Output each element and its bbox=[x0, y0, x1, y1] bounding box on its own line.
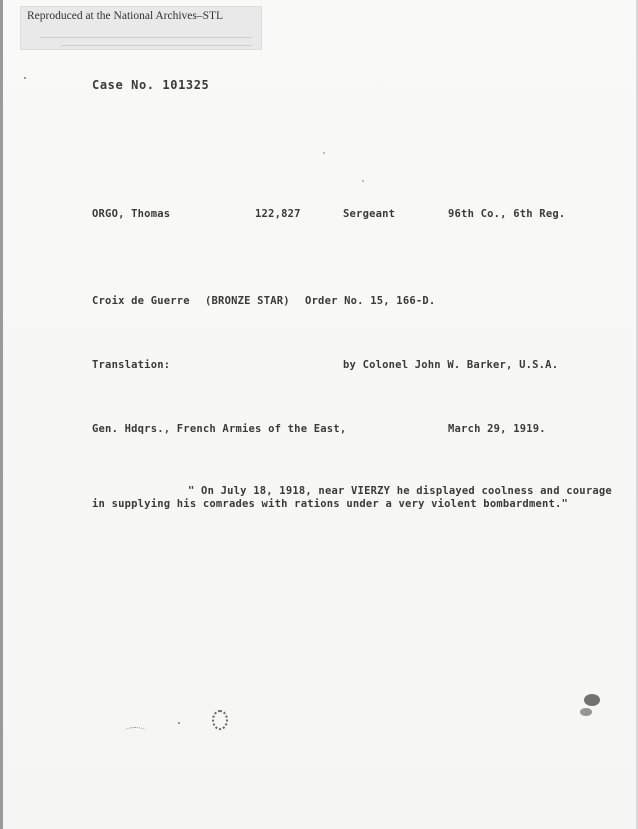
citation-line-2: in supplying his comrades with rations u… bbox=[92, 498, 568, 510]
archives-stamp-text: Reproduced at the National Archives–STL bbox=[27, 10, 223, 22]
record-service-number: 122,827 bbox=[255, 208, 301, 220]
award-class: (BRONZE STAR) bbox=[205, 295, 290, 307]
record-unit: 96th Co., 6th Reg. bbox=[448, 208, 565, 220]
scan-speck bbox=[24, 77, 26, 79]
stamp-rule bbox=[39, 37, 253, 38]
record-name: ORGO, Thomas bbox=[92, 208, 170, 220]
issuer-date: March 29, 1919. bbox=[448, 423, 546, 435]
citation-line-1: " On July 18, 1918, near VIERZY he displ… bbox=[188, 485, 612, 497]
scan-smudge bbox=[584, 694, 600, 706]
scan-smudge bbox=[212, 710, 228, 730]
award-name: Croix de Guerre bbox=[92, 295, 190, 307]
scan-speck bbox=[178, 722, 180, 724]
document-page: Reproduced at the National Archives–STL … bbox=[0, 0, 638, 829]
translation-by: by Colonel John W. Barker, U.S.A. bbox=[343, 359, 558, 371]
scan-smudge bbox=[580, 708, 592, 716]
record-rank: Sergeant bbox=[343, 208, 395, 220]
translation-label: Translation: bbox=[92, 359, 170, 371]
scan-smudge bbox=[124, 727, 146, 736]
stamp-rule bbox=[61, 45, 253, 46]
scan-speck bbox=[362, 180, 364, 182]
archives-stamp: Reproduced at the National Archives–STL bbox=[20, 6, 262, 50]
scan-edge-left bbox=[0, 0, 3, 829]
issuer-headquarters: Gen. Hdqrs., French Armies of the East, bbox=[92, 423, 346, 435]
case-number: Case No. 101325 bbox=[92, 78, 209, 92]
award-order: Order No. 15, 166-D. bbox=[305, 295, 435, 307]
scan-speck bbox=[323, 152, 325, 154]
